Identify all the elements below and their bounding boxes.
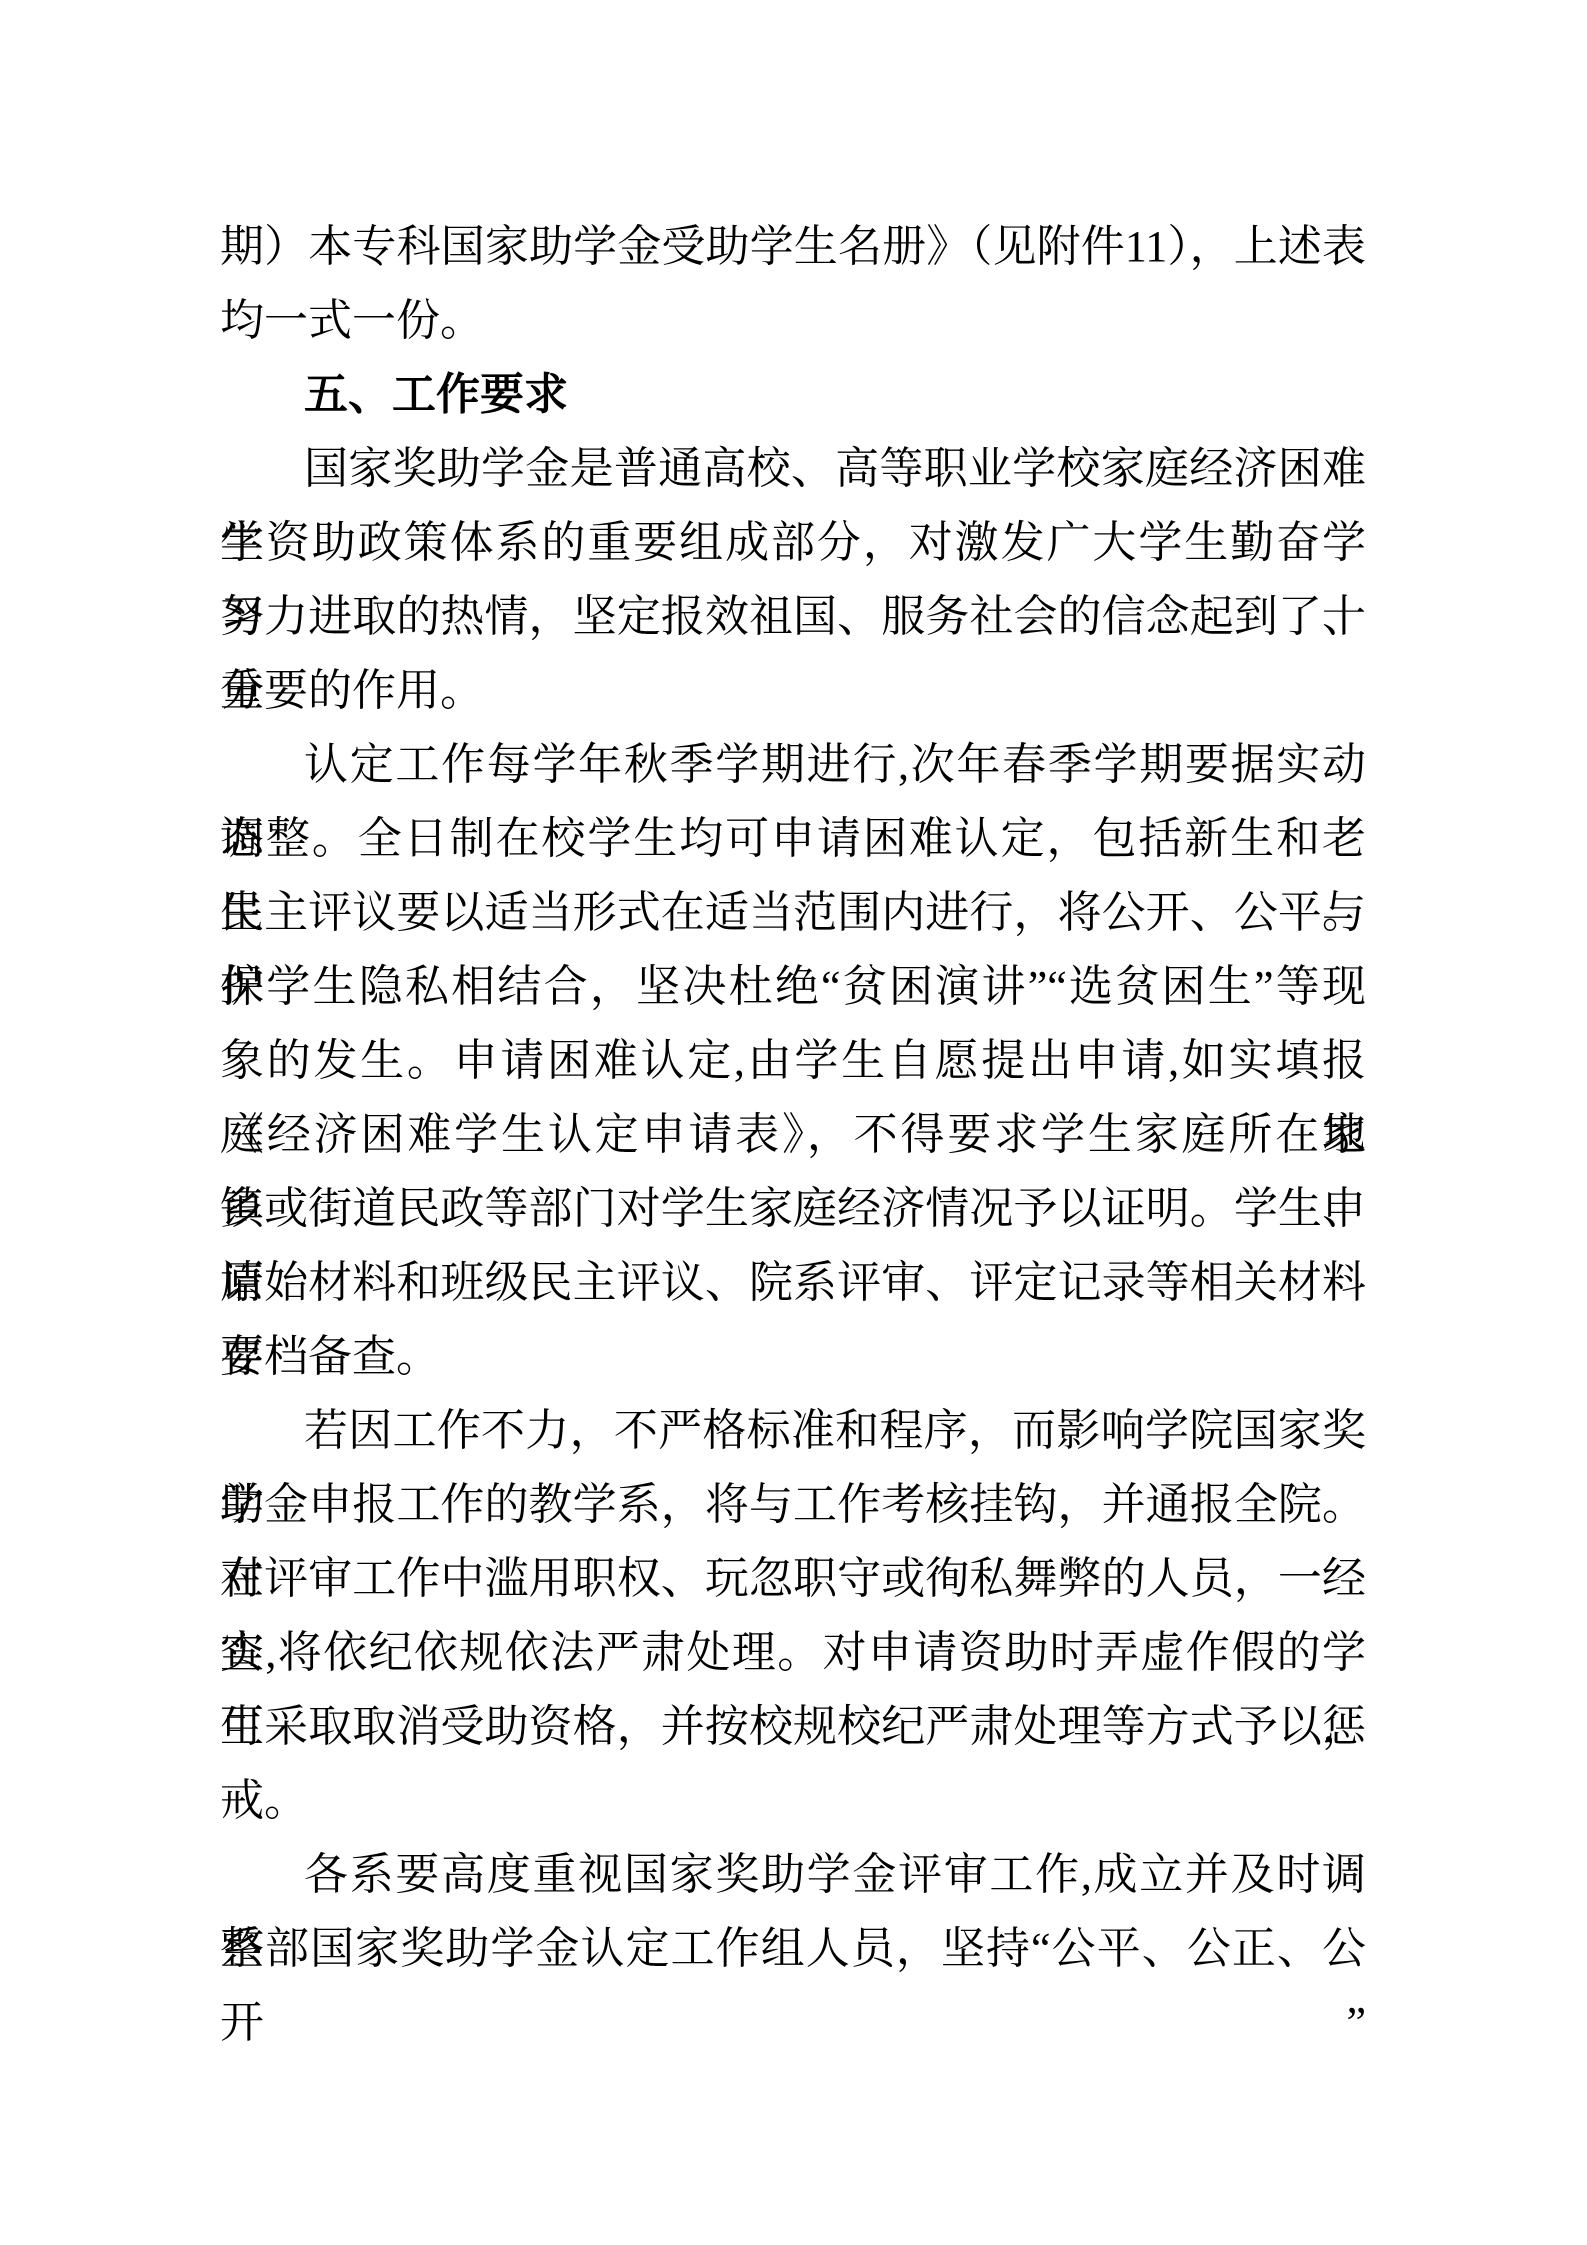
text-line: 均一式一份。	[220, 284, 1366, 358]
text-line: 存档备查。	[220, 1320, 1366, 1394]
text-line: 认定工作每学年秋季学期进行,次年春季学期要据实动态	[220, 728, 1366, 802]
text-line: 学金申报工作的教学系，将与工作考核挂钩，并通报全院。对	[220, 1468, 1366, 1542]
text-line: 重要的作用。	[220, 654, 1366, 728]
text-block: 期）本专科国家助学金受助学生名册》（见附件11），上述表均一式一份。五、工作要求…	[220, 210, 1366, 1986]
text-line: 若因工作不力，不严格标准和程序，而影响学院国家奖助	[220, 1394, 1366, 1468]
section-heading: 五、工作要求	[220, 358, 1366, 432]
text-line: 努力进取的热情，坚定报效祖国、服务社会的信念起到了十分	[220, 580, 1366, 654]
text-line: 镇或街道民政等部门对学生家庭经济情况予以证明。学生申请	[220, 1172, 1366, 1246]
text-line: 系部国家奖助学金认定工作组人员，坚持“公平、公正、公开”	[220, 1912, 1366, 1986]
text-line: 实,将依纪依规依法严肃处理。对申请资助时弄虚作假的学生，	[220, 1616, 1366, 1690]
text-line: 象的发生。申请困难认定,由学生自愿提出申请,如实填报《家	[220, 1024, 1366, 1098]
text-line: 可采取取消受助资格，并按校规校纪严肃处理等方式予以惩	[220, 1690, 1366, 1764]
text-line: 戒。	[220, 1764, 1366, 1838]
text-line: 国家奖助学金是普通高校、高等职业学校家庭经济困难学	[220, 432, 1366, 506]
text-line: 生资助政策体系的重要组成部分，对激发广大学生勤奋学习、	[220, 506, 1366, 580]
text-line: 护学生隐私相结合，坚决杜绝“贫困演讲”“选贫困生”等现	[220, 950, 1366, 1024]
text-line: 在评审工作中滥用职权、玩忽职守或徇私舞弊的人员，一经查	[220, 1542, 1366, 1616]
document-page: 期）本专科国家助学金受助学生名册》（见附件11），上述表均一式一份。五、工作要求…	[0, 0, 1587, 2245]
text-line: 庭经济困难学生认定申请表》，不得要求学生家庭所在地乡、	[220, 1098, 1366, 1172]
text-line: 各系要高度重视国家奖助学金评审工作,成立并及时调整	[220, 1838, 1366, 1912]
text-line: 调整。全日制在校学生均可申请困难认定，包括新生和老生。	[220, 802, 1366, 876]
text-line: 期）本专科国家助学金受助学生名册》（见附件11），上述表	[220, 210, 1366, 284]
text-line: 原始材料和班级民主评议、院系评审、评定记录等相关材料要	[220, 1246, 1366, 1320]
text-line: 民主评议要以适当形式在适当范围内进行，将公开、公平与保	[220, 876, 1366, 950]
